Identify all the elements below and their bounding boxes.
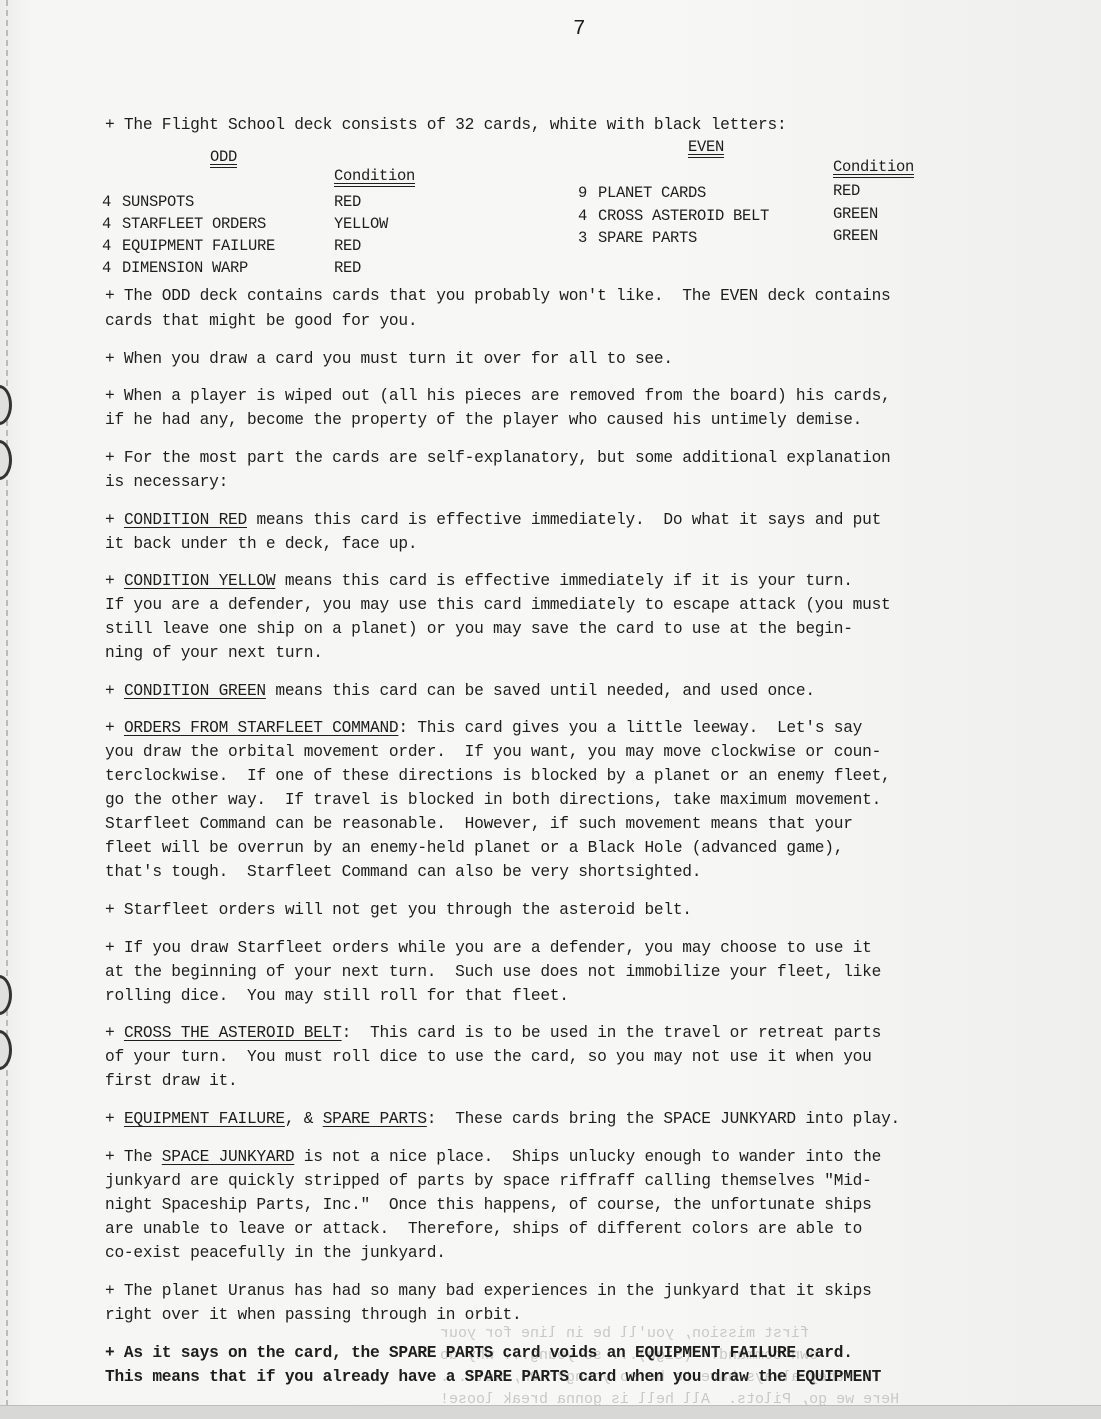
card-condition: GREEN bbox=[833, 229, 878, 245]
paragraph-text: + If you draw Starfleet orders while you… bbox=[105, 940, 872, 956]
paragraph-text: still leave one ship on a planet) or you… bbox=[105, 621, 853, 637]
paragraph-text: cards that might be good for you. bbox=[105, 313, 417, 329]
paragraph-text: + The ODD deck contains cards that you p… bbox=[105, 288, 891, 304]
paragraph-text: : This card gives you a little leeway. L… bbox=[398, 719, 862, 737]
paragraph-text: + The planet Uranus has had so many bad … bbox=[105, 1283, 872, 1299]
even-condition-header: Condition bbox=[833, 160, 914, 176]
paragraph-text: means this card can be saved until neede… bbox=[266, 682, 815, 700]
paragraph-text: fleet will be overrun by an enemy-held p… bbox=[105, 840, 843, 856]
card-condition: RED bbox=[334, 239, 361, 255]
paragraph-text: , & bbox=[285, 1110, 323, 1128]
paragraph-text: means this card is effective immediately… bbox=[275, 572, 852, 590]
paragraph-text: : This card is to be used in the travel … bbox=[342, 1024, 881, 1042]
term-condition-green: CONDITION GREEN bbox=[124, 682, 266, 700]
paragraph-text: at the beginning of your next turn. Such… bbox=[105, 964, 881, 980]
term-condition-yellow: CONDITION YELLOW bbox=[124, 572, 275, 590]
odd-condition-header: Condition bbox=[334, 169, 415, 185]
paragraph-text: terclockwise. If one of these directions… bbox=[105, 768, 891, 784]
term-spare-parts: SPARE PARTS bbox=[323, 1110, 427, 1128]
paragraph-text: of your turn. You must roll dice to use … bbox=[105, 1049, 872, 1065]
card-count: 4 bbox=[578, 209, 587, 225]
paragraph-text: junkyard are quickly stripped of parts b… bbox=[105, 1173, 872, 1189]
page-bottom-edge bbox=[0, 1405, 1101, 1419]
even-deck-heading: EVEN bbox=[688, 140, 724, 156]
term-starfleet-command: ORDERS FROM STARFLEET COMMAND bbox=[124, 719, 398, 737]
card-name: SUNSPOTS bbox=[122, 195, 194, 211]
asteroid-belt-paragraph: + CROSS THE ASTEROID BELT: This card is … bbox=[105, 1025, 881, 1041]
bleed-through-text: first mission, you'll be in line for you… bbox=[440, 1325, 809, 1342]
card-name: CROSS ASTEROID BELT bbox=[598, 209, 769, 225]
card-count: 9 bbox=[578, 186, 587, 202]
document-page: first mission, you'll be in line for you… bbox=[0, 0, 1101, 1405]
card-count: 4 bbox=[102, 239, 111, 255]
paragraph-text: it back under th e deck, face up. bbox=[105, 536, 417, 552]
paragraph-text: If you are a defender, you may use this … bbox=[105, 597, 891, 613]
card-name: EQUIPMENT FAILURE bbox=[122, 239, 275, 255]
paragraph-text: go the other way. If travel is blocked i… bbox=[105, 792, 881, 808]
term-condition-red: CONDITION RED bbox=[124, 511, 247, 529]
paragraph-text: + When a player is wiped out (all his pi… bbox=[105, 388, 891, 404]
card-name: STARFLEET ORDERS bbox=[122, 217, 266, 233]
card-count: 4 bbox=[102, 195, 111, 211]
paragraph-text: + When you draw a card you must turn it … bbox=[105, 351, 673, 367]
condition-red-paragraph: + CONDITION RED means this card is effec… bbox=[105, 512, 881, 528]
card-name: PLANET CARDS bbox=[598, 186, 706, 202]
paragraph-text: Starfleet Command can be reasonable. How… bbox=[105, 816, 853, 832]
binder-hole bbox=[0, 1030, 12, 1070]
term-cross-asteroid-belt: CROSS THE ASTEROID BELT bbox=[124, 1024, 342, 1042]
term-space-junkyard: SPACE JUNKYARD bbox=[162, 1148, 295, 1166]
card-count: 3 bbox=[578, 231, 587, 247]
paragraph-text: if he had any, become the property of th… bbox=[105, 412, 862, 428]
card-count: 4 bbox=[102, 261, 111, 277]
card-name: SPARE PARTS bbox=[598, 231, 697, 247]
card-condition: GREEN bbox=[833, 207, 878, 223]
paragraph-text: that's tough. Starfleet Command can also… bbox=[105, 864, 701, 880]
paragraph-text: you draw the orbital movement order. If … bbox=[105, 744, 881, 760]
paragraph-text: are unable to leave or attack. Therefore… bbox=[105, 1221, 862, 1237]
card-count: 4 bbox=[102, 217, 111, 233]
card-name: DIMENSION WARP bbox=[122, 261, 248, 277]
term-equipment-failure: EQUIPMENT FAILURE bbox=[124, 1110, 285, 1128]
paragraph-text: is not a nice place. Ships unlucky enoug… bbox=[294, 1148, 881, 1166]
binder-hole bbox=[0, 975, 12, 1015]
paragraph-text: first draw it. bbox=[105, 1073, 238, 1089]
paragraph-text: co-exist peacefully in the junkyard. bbox=[105, 1245, 446, 1261]
odd-deck-heading: ODD bbox=[210, 150, 237, 166]
page-number: 7 bbox=[573, 18, 586, 41]
paragraph-text: + The bbox=[105, 1148, 162, 1166]
paragraph-text: is necessary: bbox=[105, 474, 228, 490]
paragraph-text: rolling dice. You may still roll for tha… bbox=[105, 988, 569, 1004]
paragraph-text: This means that if you already have a SP… bbox=[105, 1369, 881, 1385]
paragraph-text: + As it says on the card, the SPARE PART… bbox=[105, 1345, 853, 1361]
starfleet-orders-paragraph: + ORDERS FROM STARFLEET COMMAND: This ca… bbox=[105, 720, 862, 736]
condition-yellow-paragraph: + CONDITION YELLOW means this card is ef… bbox=[105, 573, 853, 589]
paragraph-text: night Spaceship Parts, Inc." Once this h… bbox=[105, 1197, 872, 1213]
paragraph-text: + For the most part the cards are self-e… bbox=[105, 450, 891, 466]
paragraph-text: + Starfleet orders will not get you thro… bbox=[105, 902, 692, 918]
paragraph-text: ning of your next turn. bbox=[105, 645, 323, 661]
equipment-paragraph: + EQUIPMENT FAILURE, & SPARE PARTS: Thes… bbox=[105, 1111, 900, 1127]
card-condition: RED bbox=[833, 184, 860, 200]
paragraph-text: means this card is effective immediately… bbox=[247, 511, 881, 529]
card-condition: RED bbox=[334, 195, 361, 211]
paragraph-text: : These cards bring the SPACE JUNKYARD i… bbox=[427, 1110, 900, 1128]
intro-line: + The Flight School deck consists of 32 … bbox=[105, 117, 786, 133]
binder-hole bbox=[0, 440, 12, 480]
condition-green-paragraph: + CONDITION GREEN means this card can be… bbox=[105, 683, 815, 699]
binding-edge bbox=[6, 0, 8, 1405]
paragraph-text: right over it when passing through in or… bbox=[105, 1307, 521, 1323]
junkyard-paragraph: + The SPACE JUNKYARD is not a nice place… bbox=[105, 1149, 881, 1165]
card-condition: RED bbox=[334, 261, 361, 277]
binder-hole bbox=[0, 385, 12, 425]
card-condition: YELLOW bbox=[334, 217, 388, 233]
